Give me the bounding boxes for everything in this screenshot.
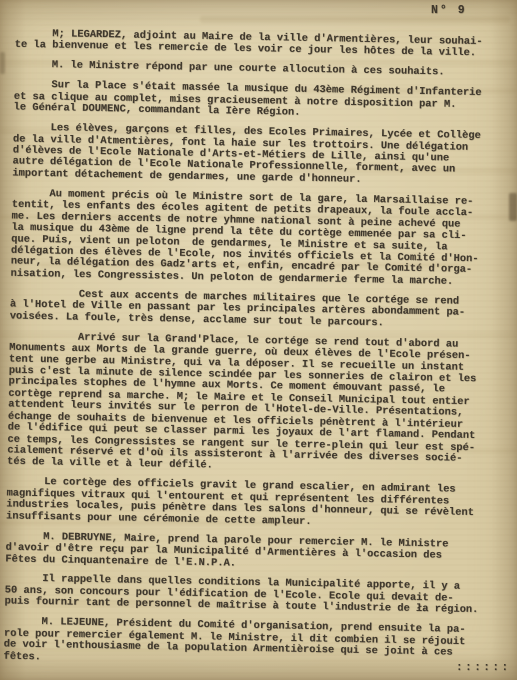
document-text: M; LEGARDEZ, adjoint au Maire de la vill… [3, 28, 515, 680]
paragraph: Le cortège des officiels gravit le grand… [6, 477, 507, 532]
bleedthrough-smudge [200, 16, 510, 23]
edge-stain [0, 52, 5, 74]
paragraph: M. DEBRUYNE, Maire, prend la parole pour… [5, 531, 506, 574]
paragraph: Sur la Place s'était massée la musique d… [13, 80, 514, 123]
paragraph: M. LEJEUNE, Président du Comité d'organi… [3, 617, 504, 672]
scanned-page: N° 9 M; LEGARDEZ, adjoint au Maire de la… [0, 0, 517, 680]
paragraph: Arrivé sur la Grand'Place, le cortége se… [7, 331, 509, 477]
paragraph: M. le Ministre répond par une courte all… [14, 60, 514, 81]
end-of-page-mark: :::::: [456, 662, 511, 674]
paragraph: Au moment précis où le Ministre sort de … [10, 188, 512, 289]
page-number: N° 9 [431, 4, 467, 17]
paragraph: Les élèves, garçons et filles, des Ecole… [12, 123, 513, 189]
paragraph: Il rappelle dans quelles conditions la M… [4, 574, 505, 617]
paragraph: Cest aux accents de marches militaires q… [10, 288, 511, 331]
text-line: M. le Ministre répond par une courte all… [14, 60, 514, 81]
paragraph: M; LEGARDEZ, adjoint au Maire de la vill… [15, 28, 515, 60]
